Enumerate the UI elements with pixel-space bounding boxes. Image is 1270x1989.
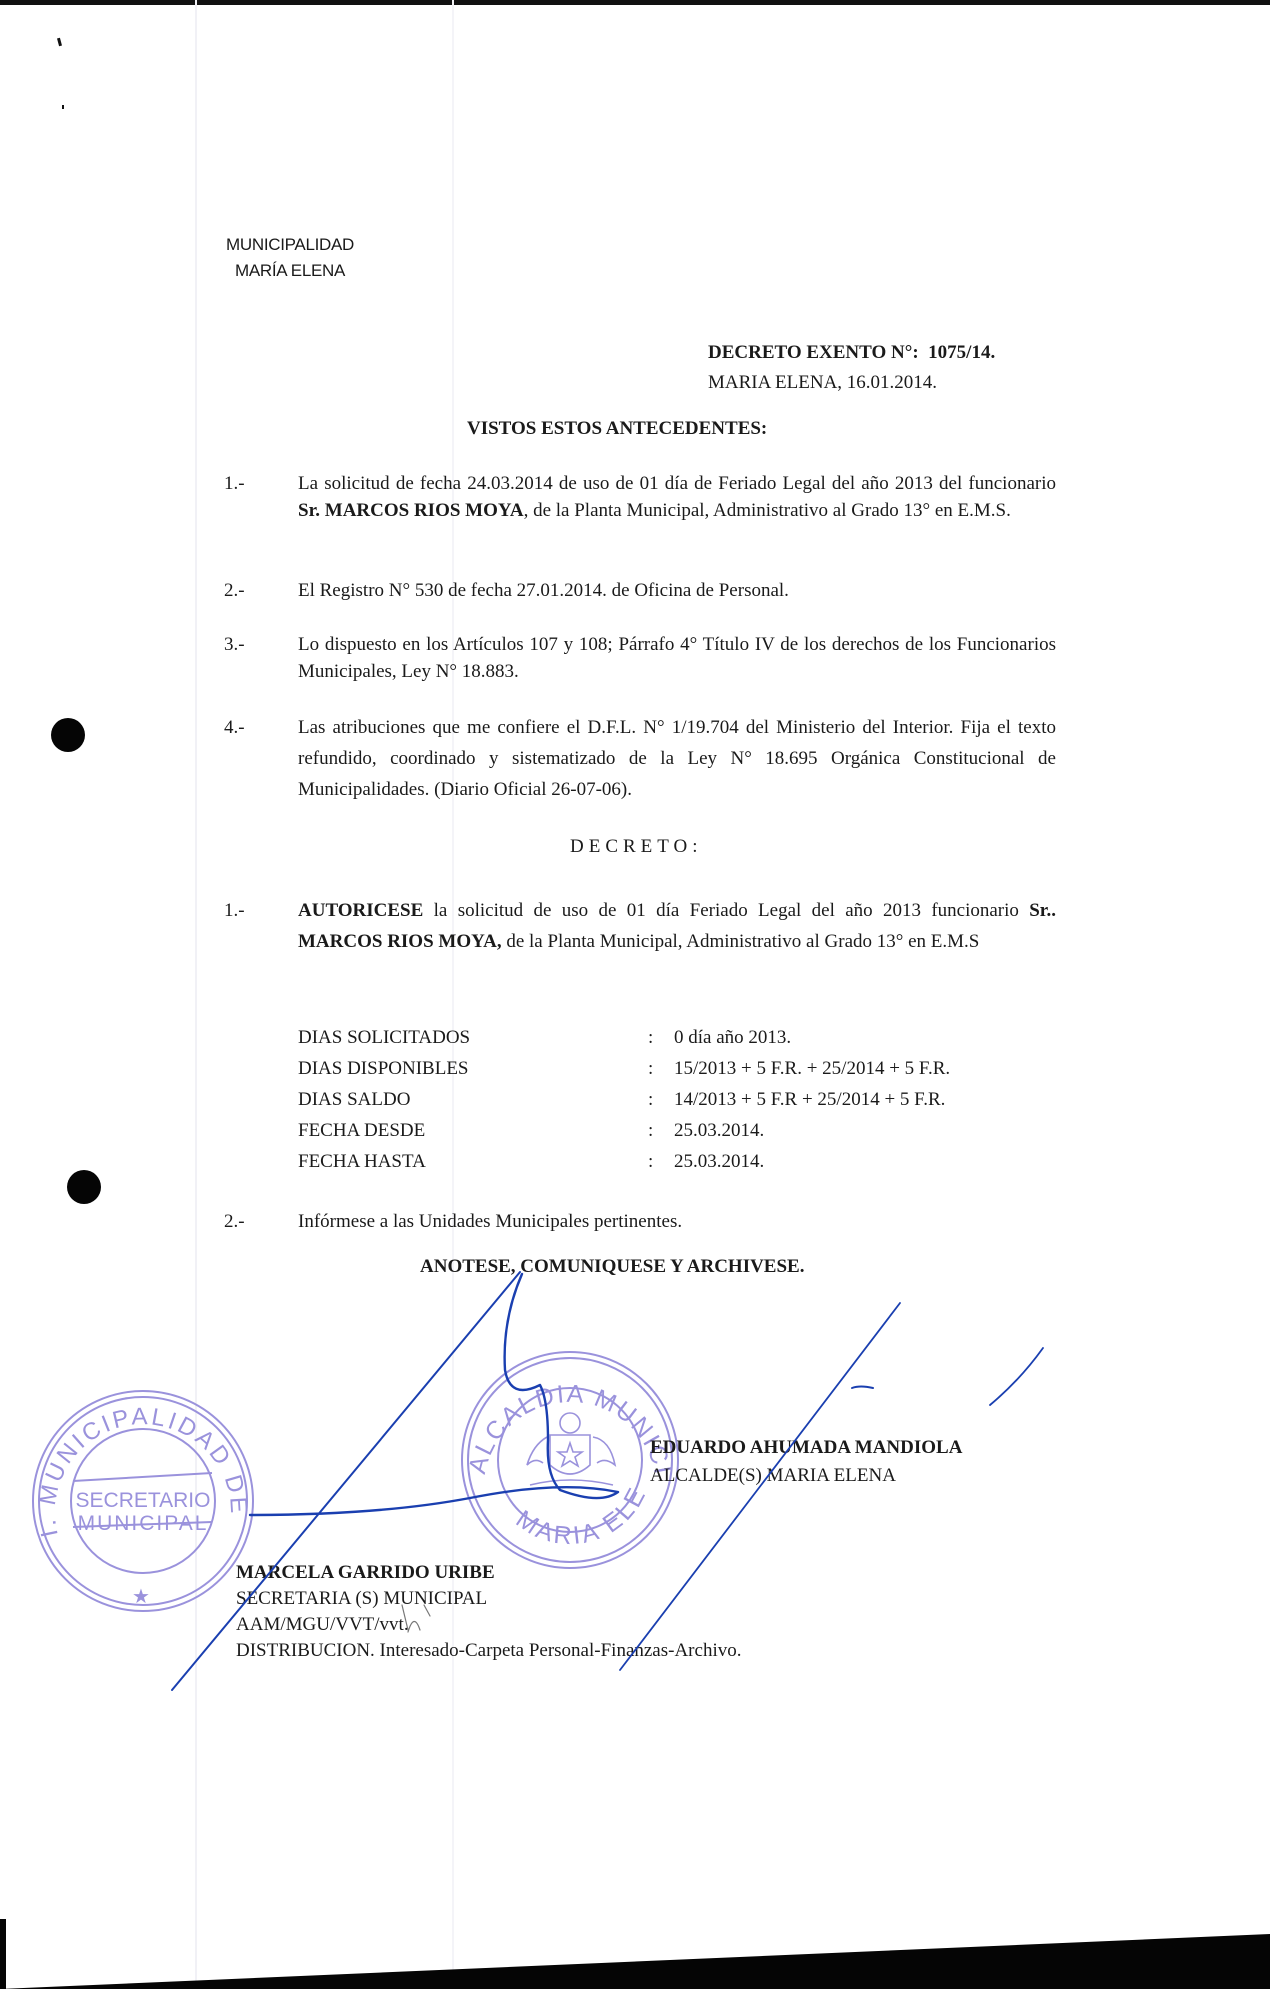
secretary-seal-line2: MUNICIPAL [78,1512,209,1535]
item-number: 2.- [224,577,284,604]
summary-value: 25.03.2014. [674,1115,764,1146]
item-text: El Registro N° 530 de fecha 27.01.2014. … [298,580,789,601]
summary-label: FECHA DESDE [298,1115,648,1146]
secretary-title: SECRETARIA (S) MUNICIPAL [236,1586,741,1612]
decree-number: 1075/14. [928,342,995,363]
mayor-signature-block: EDUARDO AHUMADA MANDIOLA ALCALDE(S) MARI… [650,1434,962,1490]
vistos-title: VISTOS ESTOS ANTECEDENTES: [467,418,767,440]
item-text: la solicitud de uso de 01 día Feriado Le… [423,900,1029,921]
vistos-item-3: 3.- Lo dispuesto en los Artículos 107 y … [224,631,1056,685]
punch-hole [67,1170,101,1204]
vistos-item-1: 1.- La solicitud de fecha 24.03.2014 de … [224,470,1056,524]
scan-speck [62,105,64,109]
item-number: 3.- [224,631,284,658]
mayor-name: EDUARDO AHUMADA MANDIOLA [650,1434,962,1462]
item-number: 1.- [224,470,284,497]
scan-artifact-line [195,0,197,1989]
summary-colon: : [648,1022,674,1053]
coat-of-arms-icon [527,1413,615,1485]
summary-label: DIAS DISPONIBLES [298,1053,648,1084]
summary-colon: : [648,1146,674,1177]
item-number: 4.- [224,712,284,743]
secretary-name: MARCELA GARRIDO URIBE [236,1560,741,1586]
employee-name: Sr. MARCOS RIOS MOYA [298,500,524,521]
vistos-item-2: 2.- El Registro N° 530 de fecha 27.01.20… [224,577,1056,604]
place-date: MARIA ELENA, 16.01.2014. [708,368,995,398]
decree-header: DECRETO EXENTO N°: 1075/14. MARIA ELENA,… [708,338,995,398]
distribution: DISTRIBUCION. Interesado-Carpeta Persona… [236,1638,741,1664]
summary-value: 25.03.2014. [674,1146,764,1177]
decreto-item-1: 1.- AUTORICESE la solicitud de uso de 01… [224,895,1056,957]
decreto-title: DECRETO: [570,836,703,858]
summary-row: DIAS SOLICITADOS:0 día año 2013. [298,1022,950,1053]
vistos-item-4: 4.- Las atribuciones que me confiere el … [224,712,1056,805]
item-text: Lo dispuesto en los Artículos 107 y 108;… [298,634,1056,682]
secretary-seal-stamp: I. MUNICIPALIDAD DE MARIA ELENA SECRETAR… [28,1385,258,1617]
decree-label: DECRETO EXENTO N°: [708,342,919,363]
summary-row: DIAS SALDO:14/2013 + 5 F.R + 25/2014 + 5… [298,1084,950,1115]
leave-summary-table: DIAS SOLICITADOS:0 día año 2013. DIAS DI… [298,1022,950,1177]
scan-top-edge [0,0,1270,5]
summary-label: DIAS SALDO [298,1084,648,1115]
secretary-signature-block: MARCELA GARRIDO URIBE SECRETARIA (S) MUN… [236,1560,741,1664]
svg-text:ALCALDIA MUNICIPAL: ALCALDIA MUNICIPAL [455,1345,677,1478]
signature-stroke [852,1387,873,1389]
punch-hole [51,718,85,752]
item-text: Infórmese a las Unidades Municipales per… [298,1211,682,1232]
item-number: 1.- [224,895,284,926]
mayor-title: ALCALDE(S) MARIA ELENA [650,1462,962,1490]
handwritten-signatures [0,0,1270,1989]
summary-row: FECHA DESDE:25.03.2014. [298,1115,950,1146]
mayor-seal-top-text: ALCALDIA MUNICIPAL [455,1345,677,1478]
signature-stroke [990,1348,1043,1405]
decree-number-line: DECRETO EXENTO N°: 1075/14. [708,338,995,368]
scan-bottom-edge [0,1919,1270,1989]
scan-artifact-line [452,0,454,1989]
summary-value: 14/2013 + 5 F.R + 25/2014 + 5 F.R. [674,1084,945,1115]
item-text: La solicitud de fecha 24.03.2014 de uso … [298,473,1056,494]
summary-row: DIAS DISPONIBLES:15/2013 + 5 F.R. + 25/2… [298,1053,950,1084]
closing-formula: ANOTESE, COMUNIQUESE Y ARCHIVESE. [420,1256,804,1278]
letterhead-city: MARÍA ELENA [226,258,354,284]
summary-value: 0 día año 2013. [674,1022,791,1053]
letterhead-municipality: MUNICIPALIDAD [226,232,354,258]
scan-speck [57,38,62,47]
summary-colon: : [648,1115,674,1146]
authorize-keyword: AUTORICESE [298,900,423,921]
summary-label: DIAS SOLICITADOS [298,1022,648,1053]
letterhead: MUNICIPALIDAD MARÍA ELENA [226,232,354,284]
summary-label: FECHA HASTA [298,1146,648,1177]
secretary-seal-line1: SECRETARIO [76,1489,211,1512]
summary-colon: : [648,1084,674,1115]
item-number: 2.- [224,1208,284,1235]
summary-colon: : [648,1053,674,1084]
item-text: Las atribuciones que me confiere el D.F.… [298,717,1056,800]
item-text: de la Planta Municipal, Administrativo a… [502,931,980,952]
initials: AAM/MGU/VVT/vvt. [236,1612,741,1638]
summary-value: 15/2013 + 5 F.R. + 25/2014 + 5 F.R. [674,1053,950,1084]
star-icon: ★ [132,1586,150,1608]
summary-row: FECHA HASTA:25.03.2014. [298,1146,950,1177]
item-text: , de la Planta Municipal, Administrativo… [524,500,1011,521]
decreto-item-2: 2.- Infórmese a las Unidades Municipales… [224,1208,1056,1235]
